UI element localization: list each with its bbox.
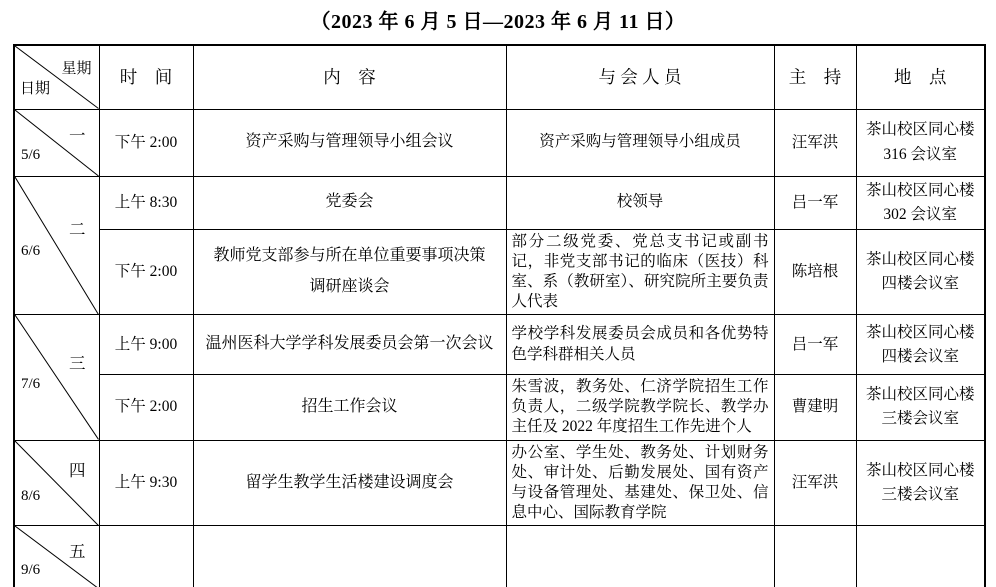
time-cell: 上午 9:30 [99, 440, 193, 526]
date-cell-6-6: 二 6/6 [14, 176, 99, 315]
table-row: 三 7/6 上午 9:00 温州医科大学学科发展委员会第一次会议 学校学科发展委… [14, 315, 985, 375]
date-cell-8-6: 四 8/6 [14, 440, 99, 526]
date-label: 6/6 [21, 241, 40, 262]
attendees-cell: 资产采购与管理领导小组成员 [506, 109, 774, 176]
attendees-cell: 学校学科发展委员会成员和各优势特色学科群相关人员 [506, 315, 774, 375]
location-cell: 茶山校区同心楼 302 会议室 [856, 176, 985, 229]
attendees-cell: 校领导 [506, 176, 774, 229]
time-cell: 下午 2:00 [99, 109, 193, 176]
header-host: 主 持 [774, 45, 856, 109]
date-label: 8/6 [21, 486, 40, 507]
attendees-cell: 办公室、学生处、教务处、计划财务处、审计处、后勤发展处、国有资产与设备管理处、基… [506, 440, 774, 526]
content-cell: 温州医科大学学科发展委员会第一次会议 [193, 315, 506, 375]
host-cell: 曹建明 [774, 375, 856, 440]
header-corner-cell: 星期 日期 [14, 45, 99, 109]
weekday-label: 四 [69, 459, 86, 482]
page-title: （2023 年 6 月 5 日—2023 年 6 月 11 日） [0, 5, 996, 34]
header-attendees: 与 会 人 员 [506, 45, 774, 109]
time-cell: 下午 2:00 [99, 375, 193, 440]
time-cell: 下午 2:00 [99, 229, 193, 315]
date-label: 9/6 [21, 560, 40, 581]
header-row: 星期 日期 时 间 内 容 与 会 人 员 主 持 地 点 [14, 45, 985, 109]
table-row: 四 8/6 上午 9:30 留学生教学生活楼建设调度会 办公室、学生处、教务处、… [14, 440, 985, 526]
table-row: 下午 2:00 招生工作会议 朱雪波，教务处、仁济学院招生工作负责人，二级学院教… [14, 375, 985, 440]
location-cell: 茶山校区同心楼 四楼会议室 [856, 315, 985, 375]
host-cell [774, 526, 856, 587]
date-cell-5-6: 一 5/6 [14, 109, 99, 176]
table-row: 下午 2:00 教师党支部参与所在单位重要事项决策 调研座谈会 部分二级党委、党… [14, 229, 985, 315]
date-cell-9-6: 五 9/6 [14, 526, 99, 587]
date-label: 7/6 [21, 374, 40, 395]
content-cell: 资产采购与管理领导小组会议 [193, 109, 506, 176]
header-time: 时 间 [99, 45, 193, 109]
host-cell: 陈培根 [774, 229, 856, 315]
attendees-cell: 部分二级党委、党总支书记或副书记，非党支部书记的临床（医技）科室、系（教研室）、… [506, 229, 774, 315]
content-cell: 招生工作会议 [193, 375, 506, 440]
content-cell: 党委会 [193, 176, 506, 229]
weekday-label: 三 [69, 352, 86, 375]
location-cell: 茶山校区同心楼 316 会议室 [856, 109, 985, 176]
schedule-table: 星期 日期 时 间 内 容 与 会 人 员 主 持 地 点 一 5/6 下午 2… [13, 44, 986, 587]
host-cell: 吕一军 [774, 315, 856, 375]
date-cell-7-6: 三 7/6 [14, 315, 99, 440]
attendees-cell [506, 526, 774, 587]
content-cell: 留学生教学生活楼建设调度会 [193, 440, 506, 526]
host-cell: 吕一军 [774, 176, 856, 229]
weekday-label: 一 [69, 124, 86, 147]
content-cell: 教师党支部参与所在单位重要事项决策 调研座谈会 [193, 229, 506, 315]
table-row: 二 6/6 上午 8:30 党委会 校领导 吕一军 茶山校区同心楼 302 会议… [14, 176, 985, 229]
content-cell [193, 526, 506, 587]
header-week-label: 星期 [61, 59, 91, 80]
location-cell: 茶山校区同心楼 四楼会议室 [856, 229, 985, 315]
host-cell: 汪军洪 [774, 440, 856, 526]
weekday-label: 五 [69, 540, 86, 563]
location-cell: 茶山校区同心楼 三楼会议室 [856, 440, 985, 526]
attendees-cell: 朱雪波，教务处、仁济学院招生工作负责人，二级学院教学院长、教学办主任及 2022… [506, 375, 774, 440]
header-content: 内 容 [193, 45, 506, 109]
location-cell [856, 526, 985, 587]
table-row: 五 9/6 [14, 526, 985, 587]
header-location: 地 点 [856, 45, 985, 109]
weekday-label: 二 [69, 218, 86, 241]
time-cell [99, 526, 193, 587]
time-cell: 上午 8:30 [99, 176, 193, 229]
diagonal-line-icon [15, 441, 99, 526]
location-cell: 茶山校区同心楼 三楼会议室 [856, 375, 985, 440]
host-cell: 汪军洪 [774, 109, 856, 176]
date-label: 5/6 [21, 145, 40, 166]
time-cell: 上午 9:00 [99, 315, 193, 375]
table-row: 一 5/6 下午 2:00 资产采购与管理领导小组会议 资产采购与管理领导小组成… [14, 109, 985, 176]
header-date-label: 日期 [20, 79, 50, 100]
